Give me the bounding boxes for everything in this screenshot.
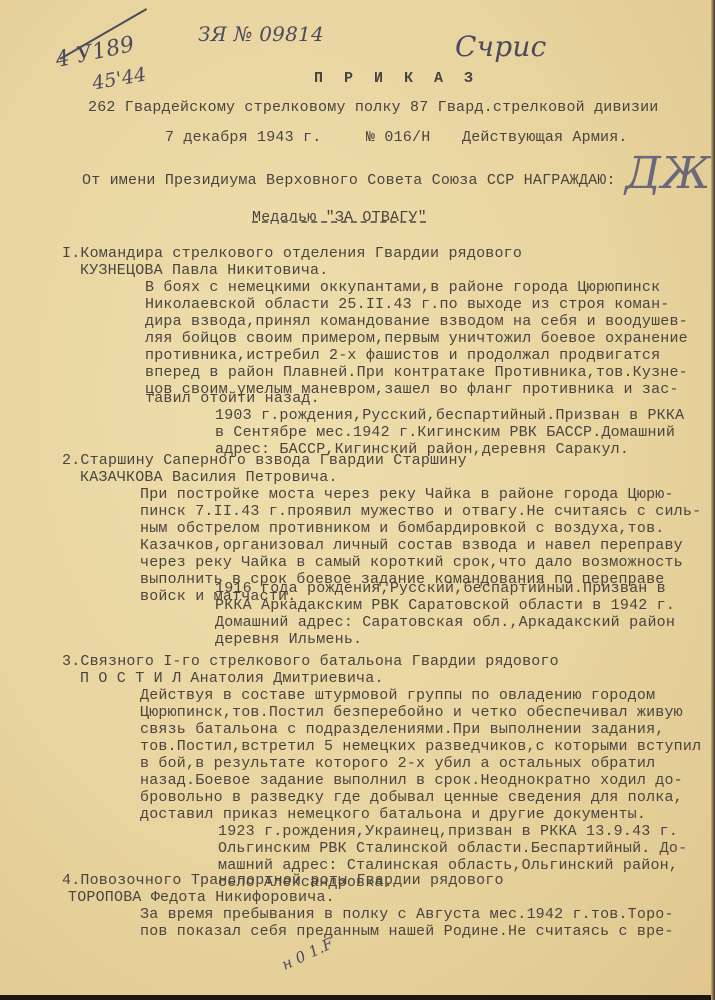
preamble: От имени Президиума Верховного Совета Со… — [82, 172, 616, 190]
entry-4-body-0: За время пребывания в полку с Августа ме… — [140, 906, 674, 924]
entry-1-heading: I.Командира стрелкового отделения Гварди… — [62, 245, 522, 263]
entry-3-body-4: в бой,в результате которого 2-х убил а о… — [140, 755, 655, 773]
entry-4-name: ТОРОПОВА Федота Никифоровича. — [68, 889, 335, 907]
entry-3-bio-0: 1923 г.рождения,Украинец,призван в РККА … — [218, 823, 678, 841]
entry-3-body-6: бровольно в разведку где добывал ценные … — [140, 789, 683, 807]
order-location: Действующая Армия. — [462, 129, 628, 147]
entry-3-body-7: доставил приказ немецкого батальона и др… — [140, 806, 646, 824]
entry-3-bio-1: Ольгинским РВК Сталинской области.Беспар… — [218, 840, 687, 858]
entry-2-bio-1: РККА Аркадакским РВК Саратовской области… — [215, 597, 675, 615]
award-title: Медалью "ЗА ОТВАГУ" — [252, 209, 427, 227]
entry-1-bio-1: в Сентябре мес.1942 г.Кигинским РВК БАСС… — [215, 424, 675, 442]
entry-3-body-2: связь батальона с подразделениями.При вы… — [140, 721, 664, 739]
document-page: 4 У189 45'44 ЗЯ № 09814 Счрис ДЖ н 0 1.F… — [0, 0, 713, 995]
entry-1-body-3: ляя бойцов своим примером,первым уничтож… — [145, 330, 688, 348]
entry-3-body-1: Цюрюпинск,тов.Постил безперебойно и четк… — [140, 704, 683, 722]
entry-2-body-0: При постройке моста через реку Чайка в р… — [140, 486, 674, 504]
entry-3-body-3: тов.Постил,встретил 5 немецких разведчик… — [140, 738, 701, 756]
entry-3-name: П О С Т И Л Анатолия Дмитриевича. — [80, 670, 384, 688]
entry-2-body-2: ным обстрелом противником и бомбардировк… — [140, 520, 664, 538]
entry-1-body-7: тавил отойти назад. — [145, 390, 320, 408]
entry-1-body-2: дира взвода,принял командование взводом … — [145, 313, 688, 331]
entry-4-heading: 4.Повозочного Транспортной роты Гвардии … — [62, 872, 504, 890]
entry-4-body-1: пов показал себя преданным нашей Родине.… — [140, 923, 674, 941]
order-title: П Р И К А З — [314, 70, 479, 88]
entry-1-body-4: противника,истребил 2-х фашистов и продо… — [145, 347, 660, 365]
handwritten-fraction: 45'44 — [91, 63, 149, 94]
scan-edge — [711, 0, 715, 1000]
entry-2-heading: 2.Старшину Саперного взвода Гвардии Стар… — [62, 452, 467, 470]
entry-2-bio-3: деревня Ильмень. — [215, 631, 362, 649]
entry-3-body-0: Действуя в составе штурмовой группы по о… — [140, 687, 655, 705]
entry-1-bio-0: 1903 г.рождения,Русский,беспартийный.При… — [215, 407, 684, 425]
order-number: № 016/Н — [366, 129, 430, 147]
entry-1-body-0: В боях с немецкими оккупантами,в районе … — [145, 279, 660, 297]
entry-3-body-5: назад.Боевое задание выполнил в срок.Нео… — [140, 772, 683, 790]
entry-2-body-3: Казачков,организовал личный состав взвод… — [140, 537, 683, 555]
entry-1-name: КУЗНЕЦОВА Павла Никитовича. — [80, 262, 328, 280]
entry-2-body-4: через реку Чайка в самый короткий срок,ч… — [140, 554, 683, 572]
entry-1-body-5: вперед в район Плавней.При контратаке Пр… — [145, 364, 688, 382]
handwritten-margin-mark: ДЖ — [625, 148, 711, 199]
handwritten-archive-number: ЗЯ № 09814 — [198, 22, 324, 46]
entry-2-bio-2: Домашний адрес: Саратовская обл.,Аркадак… — [215, 614, 675, 632]
handwritten-signature: Счрис — [455, 30, 546, 63]
order-date: 7 декабря 1943 г. — [165, 129, 321, 147]
entry-1-body-1: Николаевской области 25.II.43 г.по выход… — [145, 296, 669, 314]
order-unit: 262 Гвардейскому стрелковому полку 87 Гв… — [88, 99, 659, 117]
entry-3-heading: 3.Связного I-го стрелкового батальона Гв… — [62, 653, 559, 671]
entry-2-body-1: пинск 7.II.43 г.проявил мужество и отваг… — [140, 503, 701, 521]
entry-2-bio-0: 1916 года рождения,Русский,беспартийный.… — [215, 580, 666, 598]
entry-2-name: КАЗАЧКОВА Василия Петровича. — [80, 469, 338, 487]
